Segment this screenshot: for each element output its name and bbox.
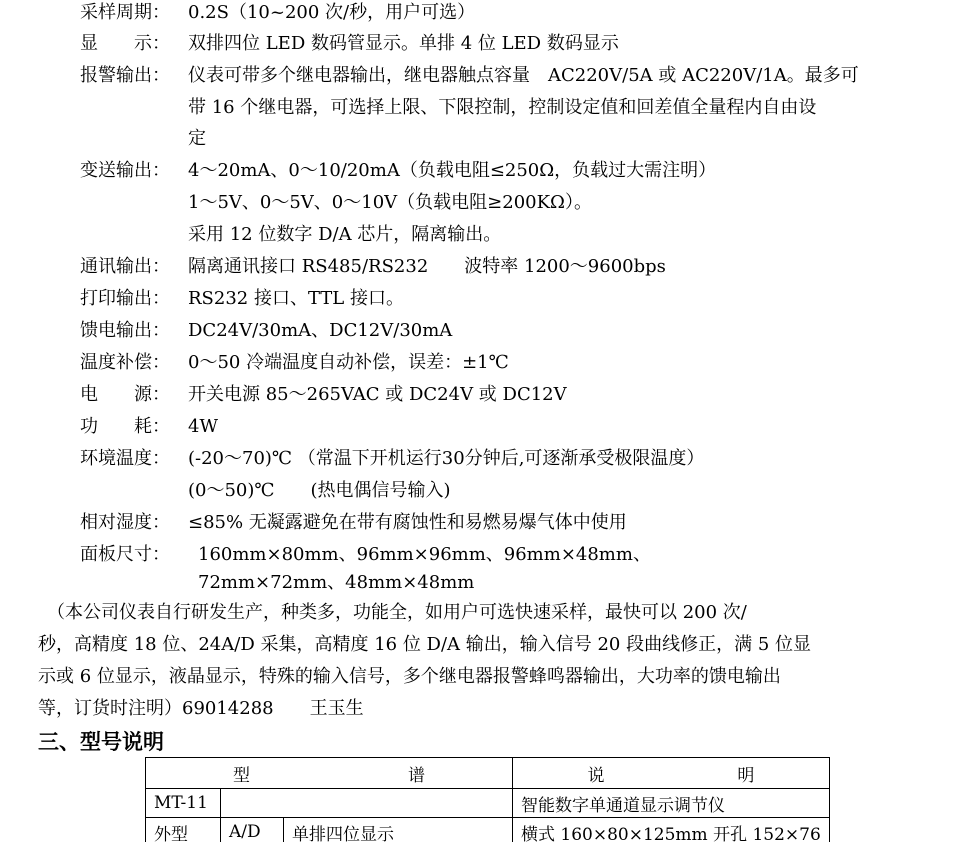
header-text: 型 bbox=[233, 761, 250, 786]
spec-value: ≤85% 无凝露避免在带有腐蚀性和易燃易爆气体中使用 bbox=[188, 512, 627, 534]
spec-label: 相对湿度： bbox=[80, 512, 170, 534]
spec-label: 报警输出： bbox=[80, 65, 170, 87]
spec-label: 馈电输出： bbox=[80, 320, 170, 342]
spec-label: 电 源： bbox=[80, 384, 170, 406]
note-line-2: 秒，高精度 18 位、24A/D 采集，高精度 16 位 D/A 输出，输入信号… bbox=[38, 634, 811, 656]
spec-value: (-20～70)℃ （常温下开机运行30分钟后,可逐渐承受极限温度） bbox=[188, 448, 704, 470]
spec-value: 72mm×72mm、48mm×48mm bbox=[198, 572, 474, 594]
table-row: 外型 A/D 单排四位显示 横式 160×80×125mm 开孔 152×76 bbox=[146, 818, 830, 842]
table-cell: 横式 160×80×125mm 开孔 152×76 bbox=[513, 818, 830, 842]
spec-value: 定 bbox=[188, 128, 206, 150]
table-cell bbox=[221, 789, 513, 818]
note-line-1: （本公司仪表自行研发生产，种类多，功能全，如用户可选快速采样，最快可以 200 … bbox=[38, 602, 747, 624]
spec-label: 通讯输出： bbox=[80, 256, 170, 278]
spec-value: 隔离通讯接口 RS485/RS232 波特率 1200～9600bps bbox=[188, 256, 666, 278]
spec-label: 功 耗： bbox=[80, 416, 170, 438]
spec-value: 160mm×80mm、96mm×96mm、96mm×48mm、 bbox=[198, 544, 651, 566]
spec-value: 4W bbox=[188, 416, 218, 438]
spec-label: 显 示： bbox=[80, 33, 170, 55]
spec-label: 打印输出： bbox=[80, 288, 170, 310]
spec-value: DC24V/30mA、DC12V/30mA bbox=[188, 320, 452, 342]
note-line-4: 等，订货时注明）69014288 王玉生 bbox=[38, 698, 364, 720]
header-model-spectrum: 型谱 bbox=[146, 758, 513, 789]
header-text: 谱 bbox=[408, 761, 425, 786]
spec-value: 仪表可带多个继电器输出，继电器触点容量 AC220V/5A 或 AC220V/1… bbox=[188, 65, 859, 87]
section-title: 三、型号说明 bbox=[38, 729, 164, 755]
spec-value: 采用 12 位数字 D/A 芯片，隔离输出。 bbox=[188, 224, 501, 246]
table-cell: 智能数字单通道显示调节仪 bbox=[513, 789, 830, 818]
model-table: 型谱 说明 MT-11 智能数字单通道显示调节仪 外型 A/D 单排四位显示 横… bbox=[145, 757, 830, 842]
spec-label: 变送输出： bbox=[80, 160, 170, 182]
spec-value: 双排四位 LED 数码管显示。单排 4 位 LED 数码显示 bbox=[188, 33, 619, 55]
table-cell: 单排四位显示 bbox=[284, 818, 513, 842]
table-cell: MT-11 bbox=[146, 789, 221, 818]
spec-value: 0.2S（10~200 次/秒，用户可选） bbox=[188, 2, 475, 24]
spec-value: (0～50)℃ (热电偶信号输入) bbox=[188, 480, 451, 502]
header-text: 说 bbox=[587, 761, 604, 786]
spec-label: 采样周期： bbox=[80, 2, 170, 24]
table-cell: A/D bbox=[221, 818, 284, 842]
spec-value: 开关电源 85～265VAC 或 DC24V 或 DC12V bbox=[188, 384, 567, 406]
note-line-3: 示或 6 位显示，液晶显示，特殊的输入信号，多个继电器报警蜂鸣器输出，大功率的馈… bbox=[38, 666, 781, 688]
spec-label: 温度补偿： bbox=[80, 352, 170, 374]
spec-value: 1～5V、0～5V、0～10V（负载电阻≥200KΩ）。 bbox=[188, 192, 592, 214]
spec-value: 带 16 个继电器，可选择上限、下限控制，控制设定值和回差值全量程内自由设 bbox=[188, 97, 816, 119]
header-description: 说明 bbox=[513, 758, 830, 789]
spec-value: RS232 接口、TTL 接口。 bbox=[188, 288, 404, 310]
table-row: MT-11 智能数字单通道显示调节仪 bbox=[146, 789, 830, 818]
header-text: 明 bbox=[737, 761, 754, 786]
table-cell: 外型 bbox=[146, 818, 221, 842]
spec-value: 0～50 冷端温度自动补偿，误差：±1℃ bbox=[188, 352, 509, 374]
spec-label: 环境温度： bbox=[80, 448, 170, 470]
table-header-row: 型谱 说明 bbox=[146, 758, 830, 789]
spec-value: 4～20mA、0～10/20mA（负载电阻≤250Ω，负载过大需注明） bbox=[188, 160, 716, 182]
spec-label: 面板尺寸： bbox=[80, 544, 170, 566]
